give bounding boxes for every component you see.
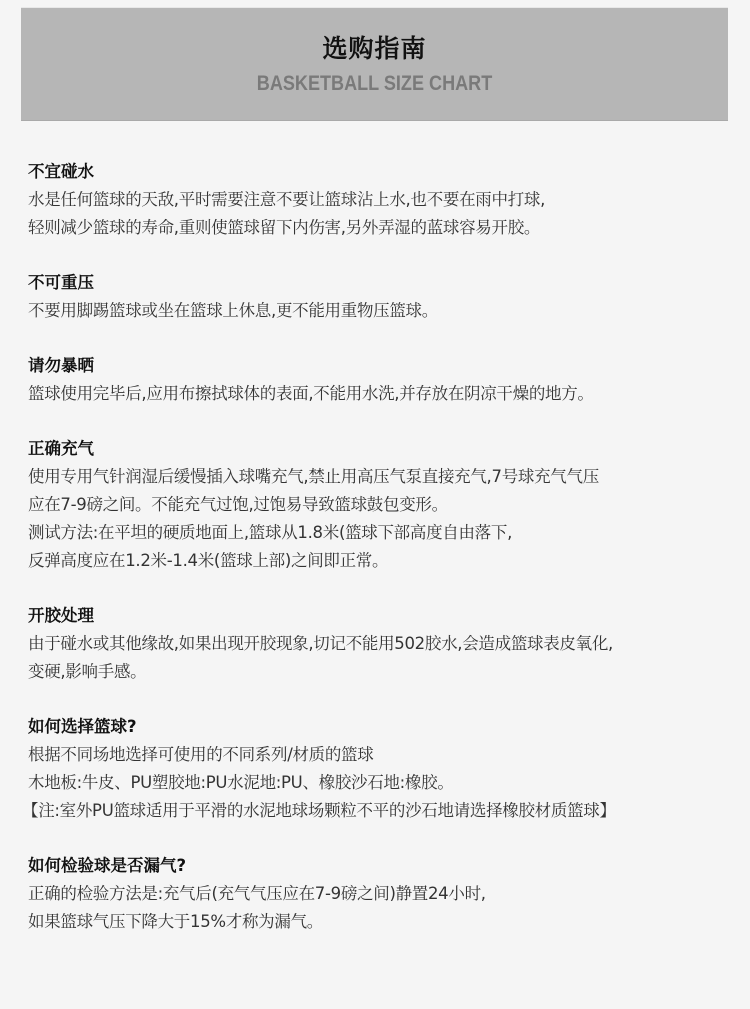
section-text: 由于碰水或其他缘故,如果出现开胶现象,切记不能用502胶水,会造成篮球表皮氧化, [28, 630, 743, 658]
section-text: 应在7-9磅之间。不能充气过饱,过饱易导致篮球鼓包变形。 [28, 491, 743, 519]
section-note: 【注:室外PU篮球适用于平滑的水泥地球场颗粒不平的沙石地请选择橡胶材质篮球】 [22, 797, 743, 825]
section-text: 根据不同场地选择可使用的不同系列/材质的篮球 [28, 741, 743, 769]
section-text: 正确的检验方法是:充气后(充气气压应在7-9磅之间)静置24小时, [28, 880, 743, 908]
guide-content: 不宜碰水 水是任何篮球的天敌,平时需要注意不要让篮球沾上水,也不要在雨中打球, … [28, 158, 743, 936]
section-no-sun-exposure: 请勿暴晒 篮球使用完毕后,应用布擦拭球体的表面,不能用水洗,并存放在阴凉干燥的地… [28, 352, 743, 408]
section-avoid-water: 不宜碰水 水是任何篮球的天敌,平时需要注意不要让篮球沾上水,也不要在雨中打球, … [28, 158, 743, 242]
section-spacer [28, 686, 743, 713]
section-spacer [28, 575, 743, 602]
section-title: 如何选择篮球? [28, 713, 743, 741]
section-title: 请勿暴晒 [28, 352, 743, 380]
page-title: 选购指南 [21, 34, 728, 64]
section-title: 正确充气 [28, 435, 743, 463]
page-subtitle: BASKETBALL SIZE CHART [70, 72, 678, 96]
section-delamination: 开胶处理 由于碰水或其他缘故,如果出现开胶现象,切记不能用502胶水,会造成篮球… [28, 602, 743, 686]
section-spacer [28, 325, 743, 352]
section-how-to-choose: 如何选择篮球? 根据不同场地选择可使用的不同系列/材质的篮球 木地板:牛皮、PU… [28, 713, 743, 825]
section-text: 反弹高度应在1.2米-1.4米(篮球上部)之间即正常。 [28, 547, 743, 575]
section-text: 篮球使用完毕后,应用布擦拭球体的表面,不能用水洗,并存放在阴凉干燥的地方。 [28, 380, 743, 408]
section-correct-inflation: 正确充气 使用专用气针润湿后缓慢插入球嘴充气,禁止用高压气泵直接充气,7号球充气… [28, 435, 743, 575]
section-leak-check: 如何检验球是否漏气? 正确的检验方法是:充气后(充气气压应在7-9磅之间)静置2… [28, 852, 743, 936]
section-title: 如何检验球是否漏气? [28, 852, 743, 880]
section-text: 轻则减少篮球的寿命,重则使篮球留下内伤害,另外弄湿的蓝球容易开胶。 [28, 214, 743, 242]
section-text: 水是任何篮球的天敌,平时需要注意不要让篮球沾上水,也不要在雨中打球, [28, 186, 743, 214]
header-banner: 选购指南 BASKETBALL SIZE CHART [21, 7, 728, 121]
section-title: 开胶处理 [28, 602, 743, 630]
section-spacer [28, 825, 743, 852]
section-text: 测试方法:在平坦的硬质地面上,篮球从1.8米(篮球下部高度自由落下, [28, 519, 743, 547]
section-text: 变硬,影响手感。 [28, 658, 743, 686]
section-text: 不要用脚踢篮球或坐在篮球上休息,更不能用重物压篮球。 [28, 297, 743, 325]
section-spacer [28, 408, 743, 435]
section-text: 木地板:牛皮、PU塑胶地:PU水泥地:PU、橡胶沙石地:橡胶。 [28, 769, 743, 797]
section-title: 不可重压 [28, 269, 743, 297]
section-text: 使用专用气针润湿后缓慢插入球嘴充气,禁止用高压气泵直接充气,7号球充气气压 [28, 463, 743, 491]
section-no-heavy-pressure: 不可重压 不要用脚踢篮球或坐在篮球上休息,更不能用重物压篮球。 [28, 269, 743, 325]
section-text: 如果篮球气压下降大于15%才称为漏气。 [28, 908, 743, 936]
section-spacer [28, 242, 743, 269]
section-title: 不宜碰水 [28, 158, 743, 186]
